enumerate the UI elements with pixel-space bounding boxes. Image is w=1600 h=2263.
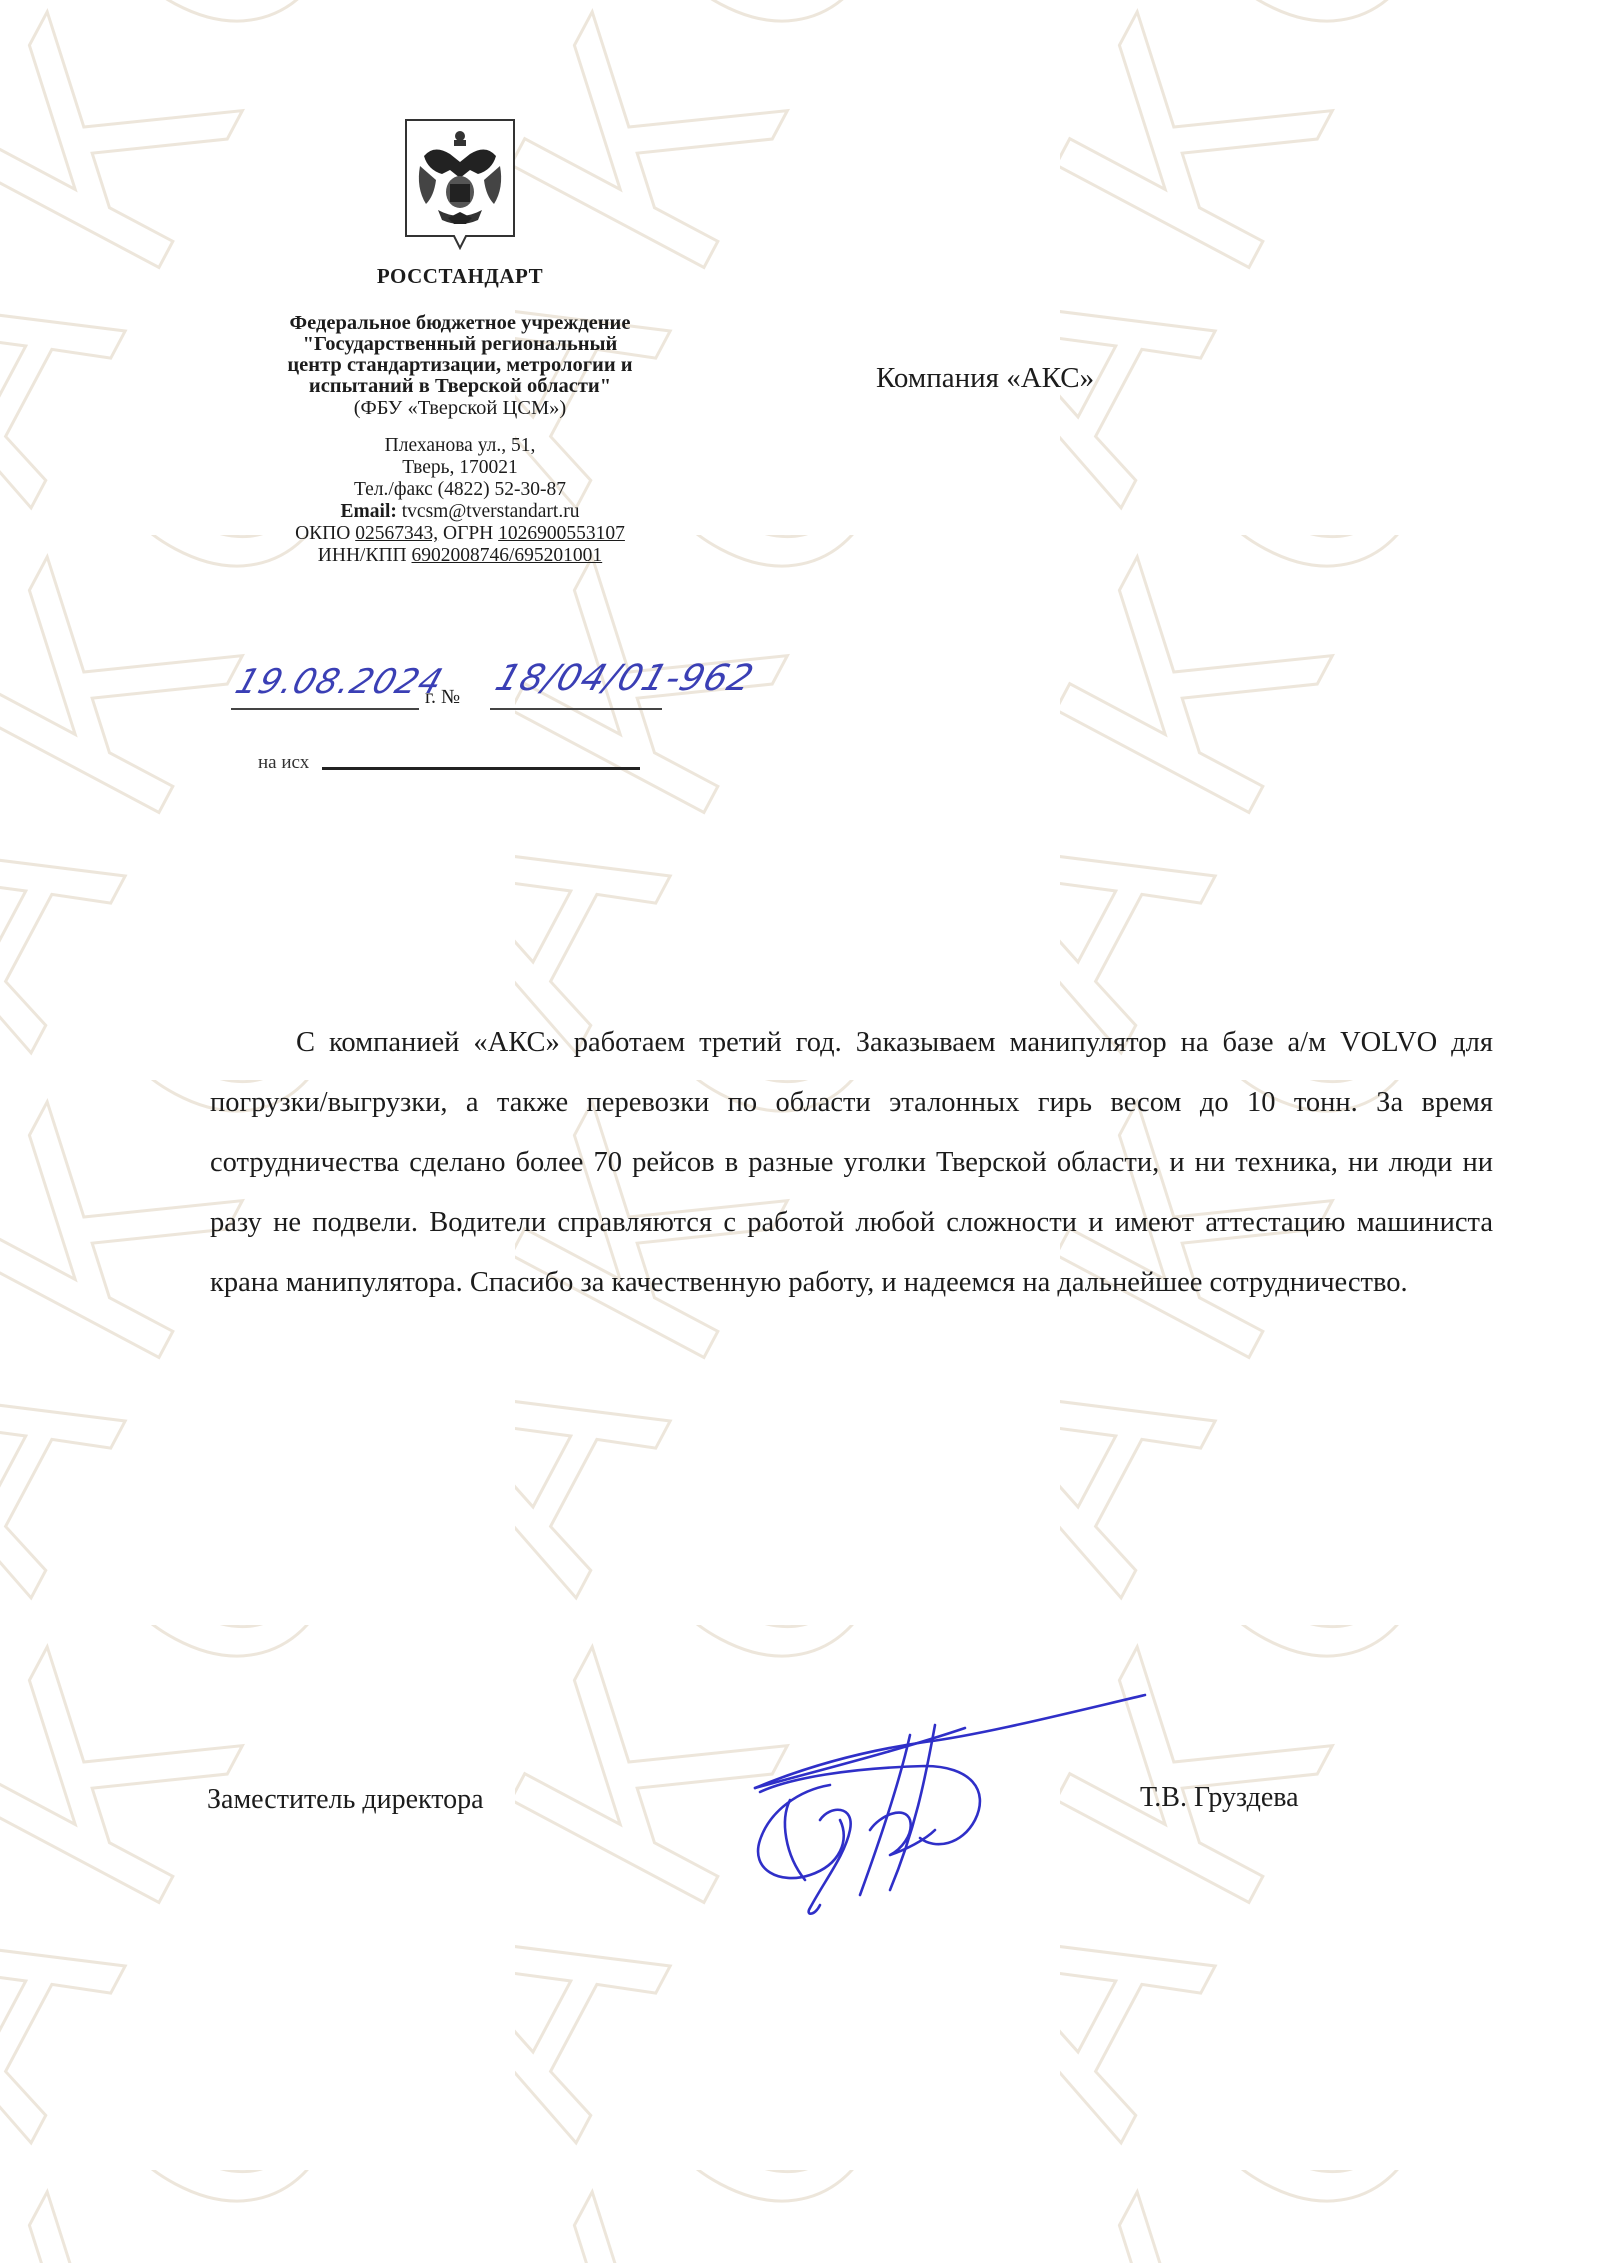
letterhead: РОССТАНДАРТ Федеральное бюджетное учрежд… — [190, 118, 730, 567]
email-address[interactable]: tvcsm@tverstandart.ru — [402, 501, 580, 522]
org-line: Федеральное бюджетное учреждение — [190, 313, 730, 334]
outgoing-ref-blank — [322, 767, 640, 770]
contact-details: Плеханова ул., 51, Тверь, 170021 Тел./фа… — [190, 435, 730, 567]
signature-icon — [730, 1680, 1170, 1920]
ogrn-value: 1026900553107 — [498, 523, 625, 544]
phone-fax: Тел./факс (4822) 52-30-87 — [190, 479, 730, 501]
address-street: Плеханова ул., 51, — [190, 435, 730, 457]
outgoing-ref-label: на исх — [258, 752, 309, 773]
inn-kpp-line: ИНН/КПП 6902008746/695201001 — [190, 545, 730, 567]
inn-kpp-label: ИНН/КПП — [318, 545, 407, 566]
address-city: Тверь, 170021 — [190, 457, 730, 479]
org-line: "Государственный региональный — [190, 334, 730, 355]
letter-page: РОССТАНДАРТ Федеральное бюджетное учрежд… — [0, 0, 1600, 2263]
org-line: испытаний в Тверской области" — [190, 376, 730, 397]
signer-title: Заместитель директора — [207, 1784, 484, 1816]
outgoing-reference: на исх — [258, 752, 640, 774]
okpo-value: 02567343, — [355, 523, 438, 544]
org-line: центр стандартизации, метрологии и — [190, 355, 730, 376]
organization-short-name: (ФБУ «Тверской ЦСМ») — [190, 397, 730, 419]
registration-line: 19.08.2024 г. № 18/04/01-962 — [235, 666, 835, 716]
email-line: Email: tvcsm@tverstandart.ru — [190, 501, 730, 523]
okpo-ogrn-line: ОКПО 02567343, ОГРН 1026900553107 — [190, 523, 730, 545]
agency-name: РОССТАНДАРТ — [190, 264, 730, 289]
signer-name: Т.В. Груздева — [1140, 1782, 1299, 1814]
handwritten-date: 19.08.2024 — [231, 662, 449, 702]
inn-kpp-value: 6902008746/695201001 — [412, 545, 603, 566]
year-number-label: г. № — [425, 686, 460, 709]
email-label: Email: — [341, 501, 397, 522]
date-underline — [231, 708, 419, 710]
handwritten-number: 18/04/01-962 — [490, 658, 759, 699]
recipient: Компания «АКС» — [876, 362, 1094, 395]
organization-name: Федеральное бюджетное учреждение "Госуда… — [190, 313, 730, 397]
coat-of-arms-icon — [404, 118, 516, 250]
letter-body: С компанией «АКС» работаем третий год. З… — [210, 1013, 1493, 1313]
ogrn-label: ОГРН — [443, 523, 493, 544]
number-underline — [490, 708, 662, 710]
okpo-label: ОКПО — [295, 523, 350, 544]
